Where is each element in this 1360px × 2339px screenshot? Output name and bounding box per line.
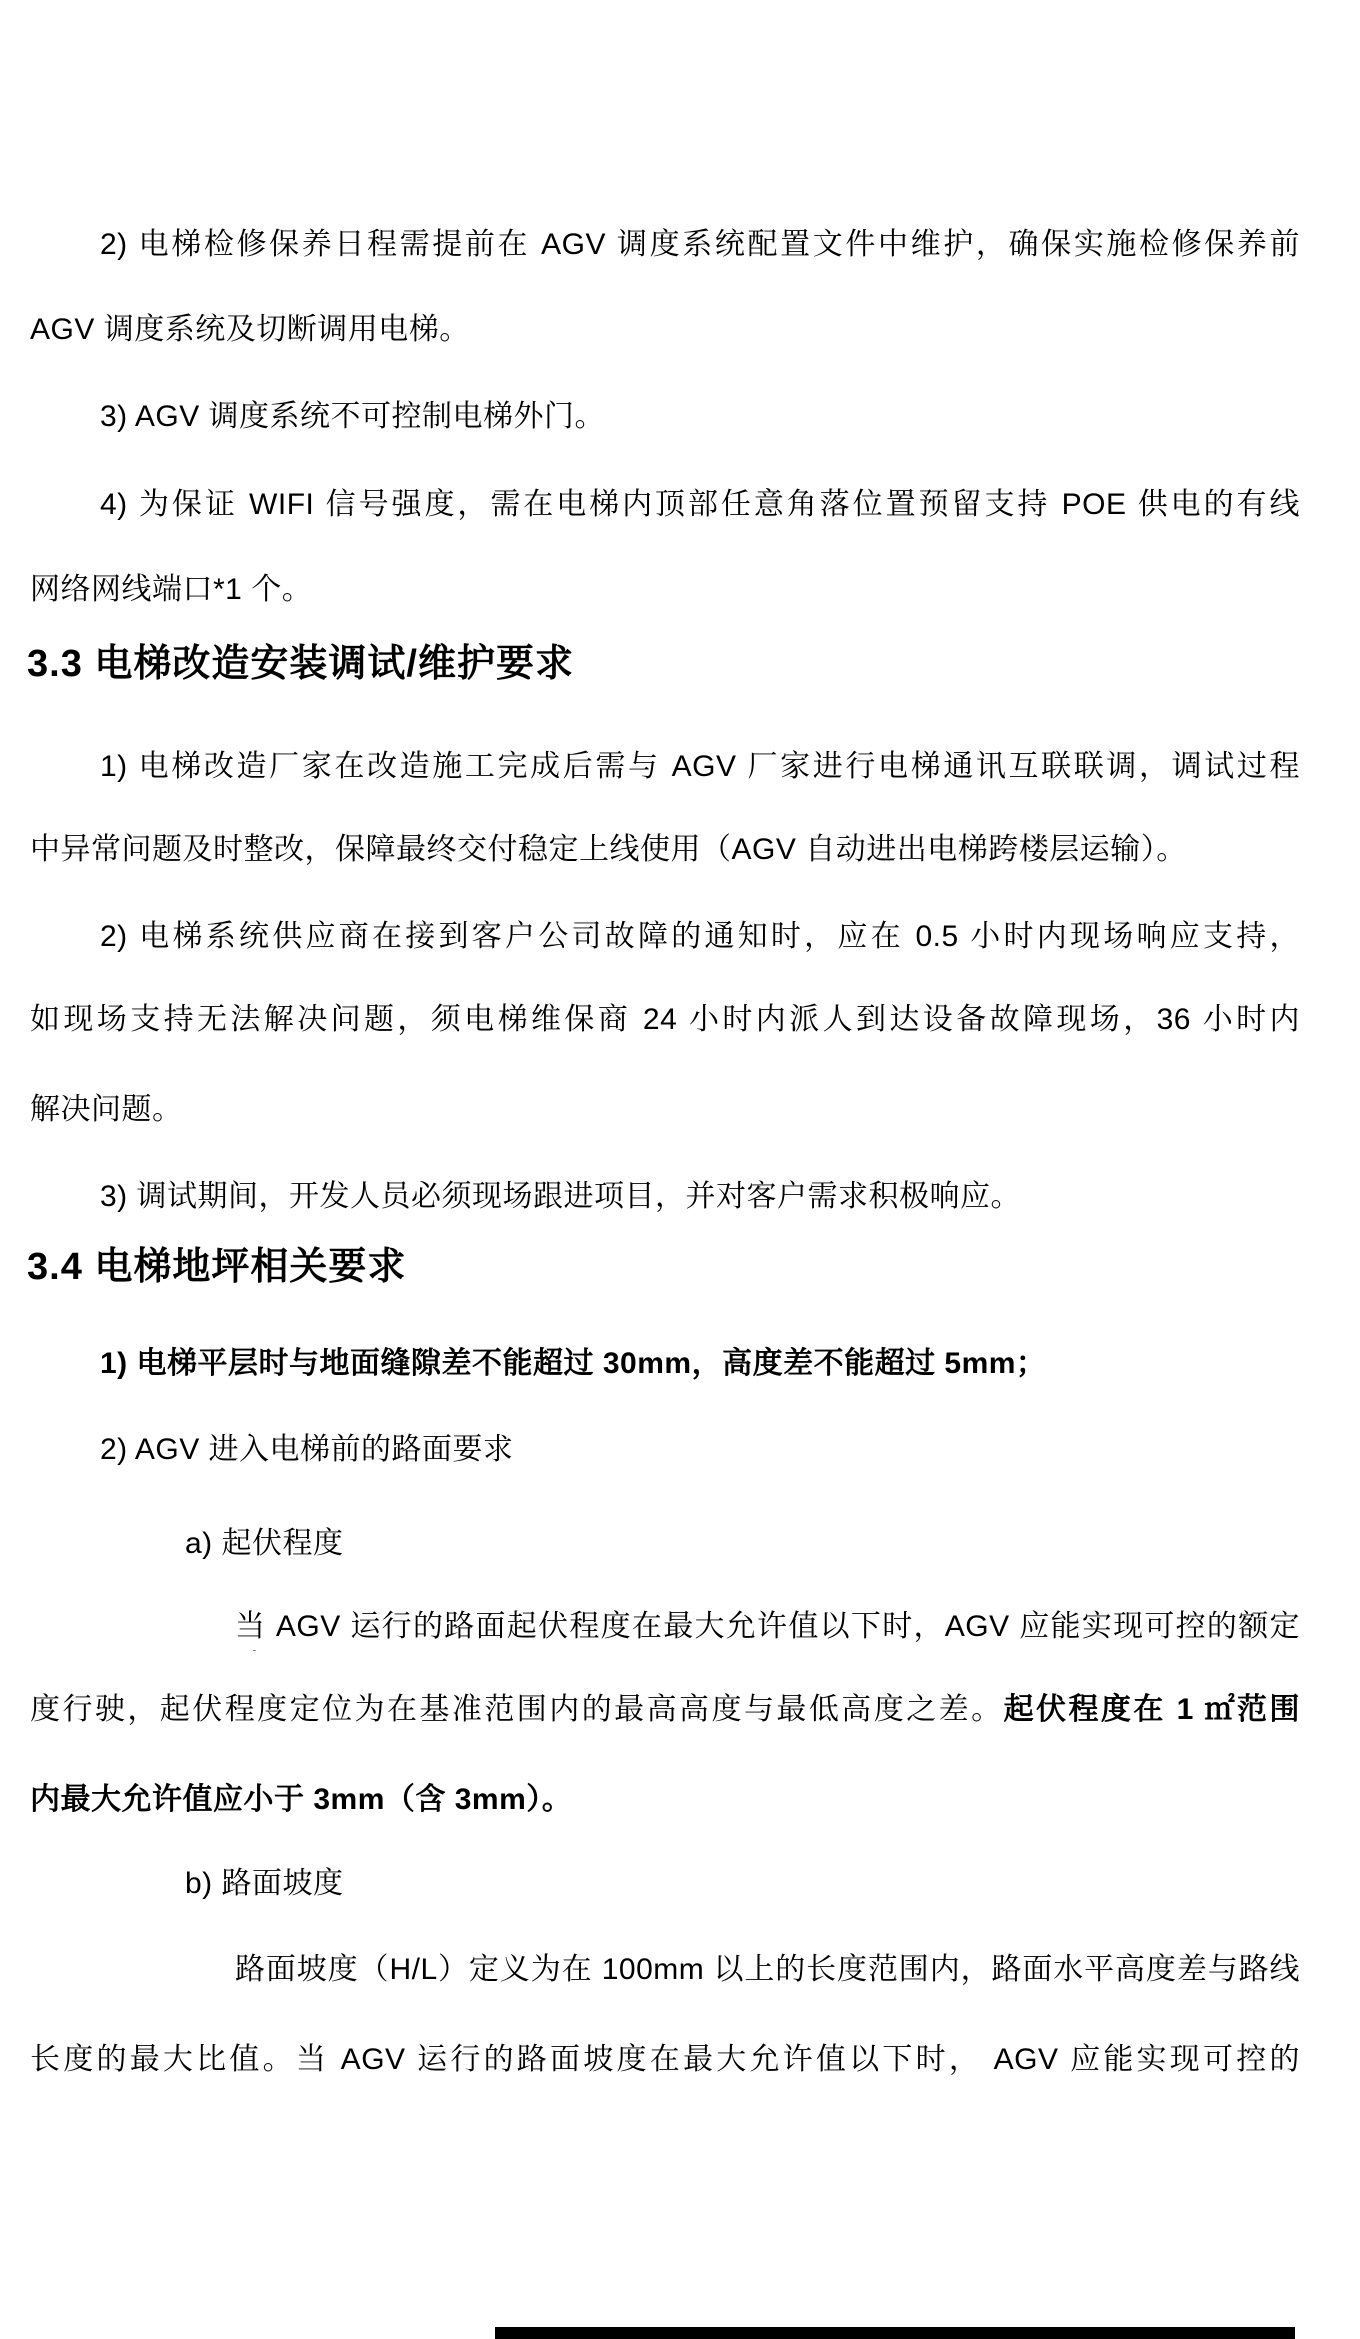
sub-item-a-para-line-1: 当 AGV 运行的路面起伏程度在最大允许值以下时，AGV 应能实现可控的额定速 [235,1607,1300,1651]
list-item-4-line-2: 网络网线端口*1 个。 [30,570,312,610]
sec33-item-2-line-2: 如现场支持无法解决问题，须电梯维保商 24 小时内派人到达设备故障现场，36 小… [30,1000,1300,1040]
sub-item-a-para-line-2: 度行驶，起伏程度定位为在基准范围内的最高高度与最低高度之差。起伏程度在 1 ㎡范… [30,1690,1300,1730]
sec34-item-1-bold: 1) 电梯平层时与地面缝隙差不能超过 30mm，高度差不能超过 5mm； [100,1344,1046,1384]
sec33-item-2-line-3: 解决问题。 [30,1090,183,1130]
sec33-item-2-line-1: 2) 电梯系统供应商在接到客户公司故障的通知时，应在 0.5 小时内现场响应支持… [100,917,1300,957]
section-heading-3-4: 3.4 电梯地坪相关要求 [27,1243,406,1291]
list-item-2-line-1: 2) 电梯检修保养日程需提前在 AGV 调度系统配置文件中维护，确保实施检修保养… [100,225,1300,265]
list-item-3: 3) AGV 调度系统不可控制电梯外门。 [100,397,605,437]
sec34-item-2: 2) AGV 进入电梯前的路面要求 [100,1430,514,1470]
section-heading-3-3: 3.3 电梯改造安装调试/维护要求 [27,640,574,688]
sub-item-a-label: a) 起伏程度 [185,1524,344,1564]
bottom-cutoff-bar [495,2327,1295,2339]
list-item-2-line-2: AGV 调度系统及切断调用电梯。 [30,310,470,350]
sec33-item-1-line-1: 1) 电梯改造厂家在改造施工完成后需与 AGV 厂家进行电梯通讯互联联调，调试过… [100,747,1300,787]
para-normal-run: 度行驶，起伏程度定位为在基准范围内的最高高度与最低高度之差。 [30,1693,1004,1726]
sub-item-b-label: b) 路面坡度 [185,1864,344,1904]
para-bold-run: 起伏程度在 1 ㎡范围 [1004,1693,1300,1726]
sec33-item-3: 3) 调试期间，开发人员必须现场跟进项目，并对客户需求积极响应。 [100,1177,1021,1217]
sub-item-b-para-line-1: 路面坡度（H/L）定义为在 100mm 以上的长度范围内，路面水平高度差与路线 [235,1950,1300,1990]
list-item-4-line-1: 4) 为保证 WIFI 信号强度，需在电梯内顶部任意角落位置预留支持 POE 供… [100,485,1300,525]
document-page: 2) 电梯检修保养日程需提前在 AGV 调度系统配置文件中维护，确保实施检修保养… [0,0,1360,2339]
sub-item-b-para-line-2: 长度的最大比值。当 AGV 运行的路面坡度在最大允许值以下时， AGV 应能实现… [30,2040,1300,2080]
sec33-item-1-line-2: 中异常问题及时整改，保障最终交付稳定上线使用（AGV 自动进出电梯跨楼层运输）。 [30,830,1187,870]
sub-item-a-para-line-3-bold: 内最大允许值应小于 3mm（含 3mm）。 [30,1780,572,1820]
